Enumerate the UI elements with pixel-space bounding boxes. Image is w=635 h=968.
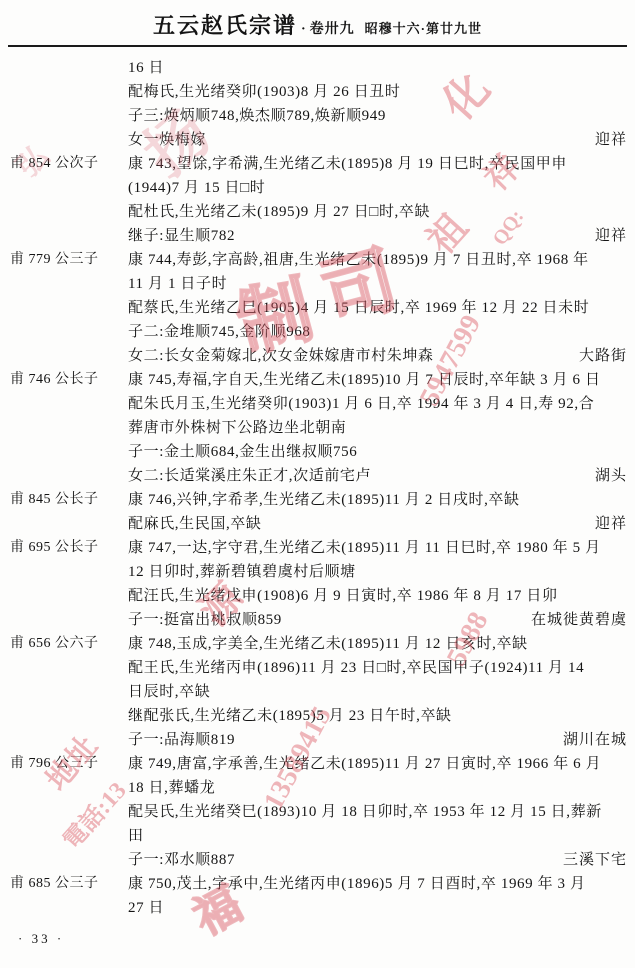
entry-text: 女二:长女金菊嫁北,次女金妹嫁唐市村朱坤森	[128, 344, 579, 368]
residence-tag: 迎祥	[595, 128, 635, 152]
entry-text: 18 日,葬蟠龙	[128, 776, 627, 800]
entry-text: 葬唐市外株树下公路边坐北朝南	[128, 416, 627, 440]
genealogy-line: 27 日	[0, 896, 635, 920]
volume-label: 卷卅九	[310, 22, 355, 37]
entry-text: 27 日	[128, 896, 627, 920]
genealogy-line: 11 月 1 日子时	[0, 272, 635, 296]
entry-text: 女二:长适棠溪庄朱正才,次适前宅卢	[128, 464, 595, 488]
residence-tag: 三溪下宅	[563, 848, 635, 872]
genealogy-line: 继子:显生顺782 迎祥	[0, 224, 635, 248]
genealogy-line: 甫 685 公三子 康 750,茂土,字承中,生光绪丙申(1896)5 月 7 …	[0, 872, 635, 896]
entry-text: 康 750,茂土,字承中,生光绪丙申(1896)5 月 7 日酉时,卒 1969…	[128, 872, 627, 896]
residence-tag: 大路街	[579, 344, 635, 368]
generation-label: 甫 796 公三子	[0, 752, 128, 776]
title-separator-dot: ·	[297, 22, 310, 37]
genealogy-line: 子三:焕炳顺748,焕杰顺789,焕新顺949	[0, 104, 635, 128]
entry-text: 继配张氏,生光绪乙未(1895)5 月 23 日午时,卒缺	[128, 704, 627, 728]
residence-tag: 迎祥	[595, 512, 635, 536]
entry-text: 子一:金土顺684,金生出继叔顺756	[128, 440, 627, 464]
entry-text: 康 748,玉成,字美全,生光绪乙未(1895)11 月 12 日亥时,卒缺	[128, 632, 627, 656]
entry-text: 配吴氏,生光绪癸巳(1893)10 月 18 日卯时,卒 1953 年 12 月…	[128, 800, 627, 824]
header-rule	[8, 45, 627, 47]
genealogy-line: (1944)7 月 15 日□时	[0, 176, 635, 200]
genealogy-content: 16 日 配梅氏,生光绪癸卯(1903)8 月 26 日丑时 子三:焕炳顺748…	[0, 56, 635, 920]
residence-tag: 在城徙黄碧虞	[531, 608, 635, 632]
entry-text: 康 744,寿彭,字高龄,祖唐,生光绪乙未(1895)9 月 7 日丑时,卒 1…	[128, 248, 627, 272]
genealogy-line: 配朱氏月玉,生光绪癸卯(1903)1 月 6 日,卒 1994 年 3 月 4 …	[0, 392, 635, 416]
genealogy-line: 甫 746 公长子 康 745,寿福,字自天,生光绪乙未(1895)10 月 7…	[0, 368, 635, 392]
entry-text: 康 749,唐富,字承善,生光绪乙未(1895)11 月 27 日寅时,卒 19…	[128, 752, 627, 776]
book-title: 五云赵氏宗谱	[153, 13, 297, 38]
entry-text: 配麻氏,生民国,卒缺	[128, 512, 595, 536]
generation-label: 甫 746 公长子	[0, 368, 128, 392]
genealogy-line: 16 日	[0, 56, 635, 80]
generation-label: 甫 854 公次子	[0, 152, 128, 176]
generation-label: 甫 695 公长子	[0, 536, 128, 560]
generation-label: 甫 779 公三子	[0, 248, 128, 272]
entry-text: (1944)7 月 15 日□时	[128, 176, 627, 200]
genealogy-line: 子一:品海顺819 湖川在城	[0, 728, 635, 752]
entry-text: 子二:金堆顺745,金阶顺968	[128, 320, 627, 344]
genealogy-line: 女一焕梅嫁 迎祥	[0, 128, 635, 152]
genealogy-line: 甫 779 公三子 康 744,寿彭,字高龄,祖唐,生光绪乙未(1895)9 月…	[0, 248, 635, 272]
genealogy-line: 子二:金堆顺745,金阶顺968	[0, 320, 635, 344]
entry-text: 配梅氏,生光绪癸卯(1903)8 月 26 日丑时	[128, 80, 627, 104]
generation-label: 甫 685 公三子	[0, 872, 128, 896]
genealogy-line: 葬唐市外株树下公路边坐北朝南	[0, 416, 635, 440]
genealogy-line: 12 日卯时,葬新碧镇碧虞村后顺塘	[0, 560, 635, 584]
entry-text: 田	[128, 824, 627, 848]
entry-text: 11 月 1 日子时	[128, 272, 627, 296]
generation-label: 甫 656 公六子	[0, 632, 128, 656]
entry-text: 12 日卯时,葬新碧镇碧虞村后顺塘	[128, 560, 627, 584]
entry-text: 配汪氏,生光绪戊申(1908)6 月 9 日寅时,卒 1986 年 8 月 17…	[128, 584, 627, 608]
residence-tag: 湖头	[595, 464, 635, 488]
entry-text: 日辰时,卒缺	[128, 680, 627, 704]
genealogy-line: 田	[0, 824, 635, 848]
genealogy-line: 配梅氏,生光绪癸卯(1903)8 月 26 日丑时	[0, 80, 635, 104]
entry-text: 16 日	[128, 56, 627, 80]
entry-text: 子一:邓水顺887	[128, 848, 563, 872]
genealogy-line: 甫 695 公长子 康 747,一达,字守君,生光绪乙未(1895)11 月 1…	[0, 536, 635, 560]
page-number: · 33 ·	[18, 931, 64, 947]
genealogy-line: 子一:邓水顺887 三溪下宅	[0, 848, 635, 872]
genealogy-line: 甫 656 公六子 康 748,玉成,字美全,生光绪乙未(1895)11 月 1…	[0, 632, 635, 656]
residence-tag: 湖川在城	[563, 728, 635, 752]
genealogy-line: 18 日,葬蟠龙	[0, 776, 635, 800]
page-header: 五云赵氏宗谱·卷卅九昭穆十六·第廿九世	[0, 0, 635, 40]
entry-text: 子一:挺富出桃叔顺859	[128, 608, 531, 632]
genealogy-line: 配麻氏,生民国,卒缺 迎祥	[0, 512, 635, 536]
entry-text: 继子:显生顺782	[128, 224, 595, 248]
entry-text: 配王氏,生光绪丙申(1896)11 月 23 日□时,卒民国甲子(1924)11…	[128, 656, 627, 680]
entry-text: 康 747,一达,字守君,生光绪乙未(1895)11 月 11 日巳时,卒 19…	[128, 536, 627, 560]
genealogy-line: 配蔡氏,生光绪乙巳(1905)4 月 15 日辰时,卒 1969 年 12 月 …	[0, 296, 635, 320]
entry-text: 配杜氏,生光绪乙未(1895)9 月 27 日□时,卒缺	[128, 200, 627, 224]
generation-label: 甫 845 公长子	[0, 488, 128, 512]
genealogy-page: 五云赵氏宗谱·卷卅九昭穆十六·第廿九世 16 日 配梅氏,生光绪癸卯(1903)…	[0, 0, 635, 968]
genealogy-line: 子一:金土顺684,金生出继叔顺756	[0, 440, 635, 464]
genealogy-line: 配吴氏,生光绪癸巳(1893)10 月 18 日卯时,卒 1953 年 12 月…	[0, 800, 635, 824]
entry-text: 康 746,兴钟,字希孝,生光绪乙未(1895)11 月 2 日戌时,卒缺	[128, 488, 627, 512]
genealogy-line: 日辰时,卒缺	[0, 680, 635, 704]
entry-text: 配朱氏月玉,生光绪癸卯(1903)1 月 6 日,卒 1994 年 3 月 4 …	[128, 392, 627, 416]
genealogy-line: 配王氏,生光绪丙申(1896)11 月 23 日□时,卒民国甲子(1924)11…	[0, 656, 635, 680]
genealogy-line: 继配张氏,生光绪乙未(1895)5 月 23 日午时,卒缺	[0, 704, 635, 728]
entry-text: 康 743,望馀,字希满,生光绪乙未(1895)8 月 19 日巳时,卒民国甲申	[128, 152, 627, 176]
genealogy-line: 女二:长适棠溪庄朱正才,次适前宅卢 湖头	[0, 464, 635, 488]
genealogy-line: 子一:挺富出桃叔顺859 在城徙黄碧虞	[0, 608, 635, 632]
entry-text: 子三:焕炳顺748,焕杰顺789,焕新顺949	[128, 104, 627, 128]
generation-subtitle: 昭穆十六·第廿九世	[355, 21, 482, 36]
genealogy-line: 女二:长女金菊嫁北,次女金妹嫁唐市村朱坤森 大路街	[0, 344, 635, 368]
entry-text: 子一:品海顺819	[128, 728, 563, 752]
genealogy-line: 配杜氏,生光绪乙未(1895)9 月 27 日□时,卒缺	[0, 200, 635, 224]
entry-text: 女一焕梅嫁	[128, 128, 595, 152]
entry-text: 配蔡氏,生光绪乙巳(1905)4 月 15 日辰时,卒 1969 年 12 月 …	[128, 296, 627, 320]
residence-tag: 迎祥	[595, 224, 635, 248]
genealogy-line: 甫 845 公长子 康 746,兴钟,字希孝,生光绪乙未(1895)11 月 2…	[0, 488, 635, 512]
genealogy-line: 甫 796 公三子 康 749,唐富,字承善,生光绪乙未(1895)11 月 2…	[0, 752, 635, 776]
entry-text: 康 745,寿福,字自天,生光绪乙未(1895)10 月 7 日辰时,卒年缺 3…	[128, 368, 627, 392]
genealogy-line: 配汪氏,生光绪戊申(1908)6 月 9 日寅时,卒 1986 年 8 月 17…	[0, 584, 635, 608]
genealogy-line: 甫 854 公次子 康 743,望馀,字希满,生光绪乙未(1895)8 月 19…	[0, 152, 635, 176]
